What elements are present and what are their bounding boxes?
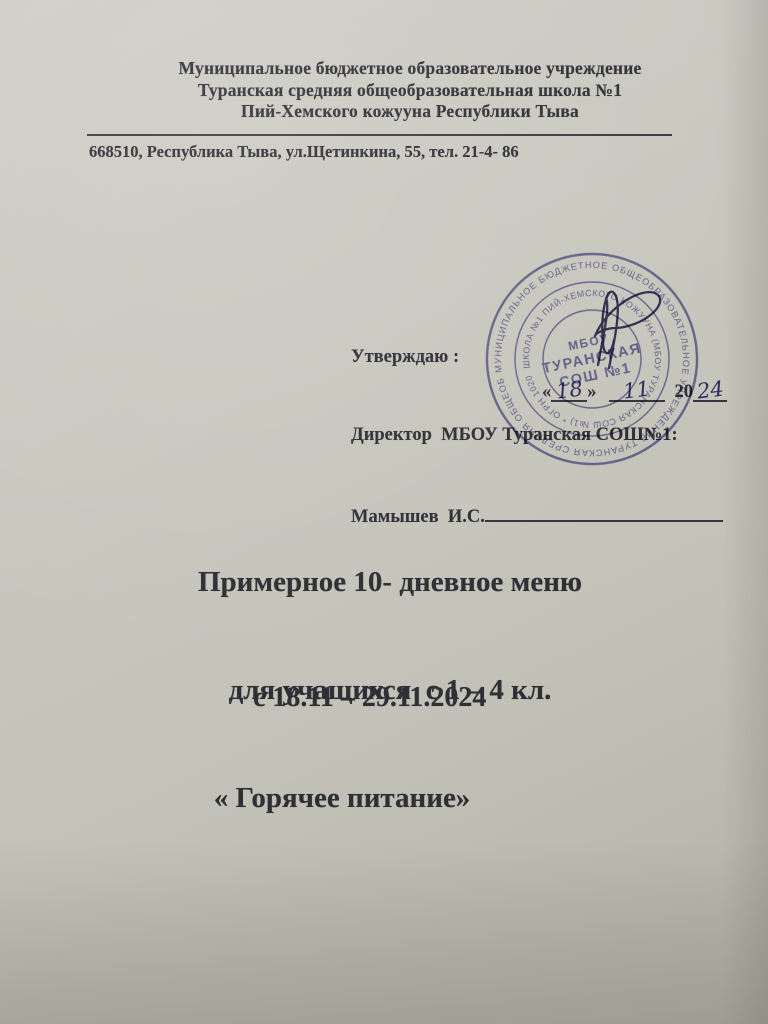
letterhead-address: 668510, Республика Тыва, ул.Щетинкина, 5… (89, 142, 519, 162)
letterhead-divider (87, 134, 672, 136)
letterhead-line-3: Пий-Хемского кожууна Республики Тыва (100, 101, 720, 123)
title-line-1: Примерное 10- дневное меню (175, 564, 605, 600)
document-page: Муниципальное бюджетное образовательное … (0, 0, 768, 1024)
letterhead-line-1: Муниципальное бюджетное образовательное … (100, 58, 720, 80)
letterhead-line-2: Туранская средняя общеобразовательная шк… (100, 80, 720, 102)
director-signature (537, 270, 687, 382)
letterhead: Муниципальное бюджетное образовательное … (100, 58, 720, 123)
title-line-3: « Горячее питание» (175, 780, 509, 816)
menu-period: с 18.11 – 29.11.2024 (253, 682, 486, 714)
